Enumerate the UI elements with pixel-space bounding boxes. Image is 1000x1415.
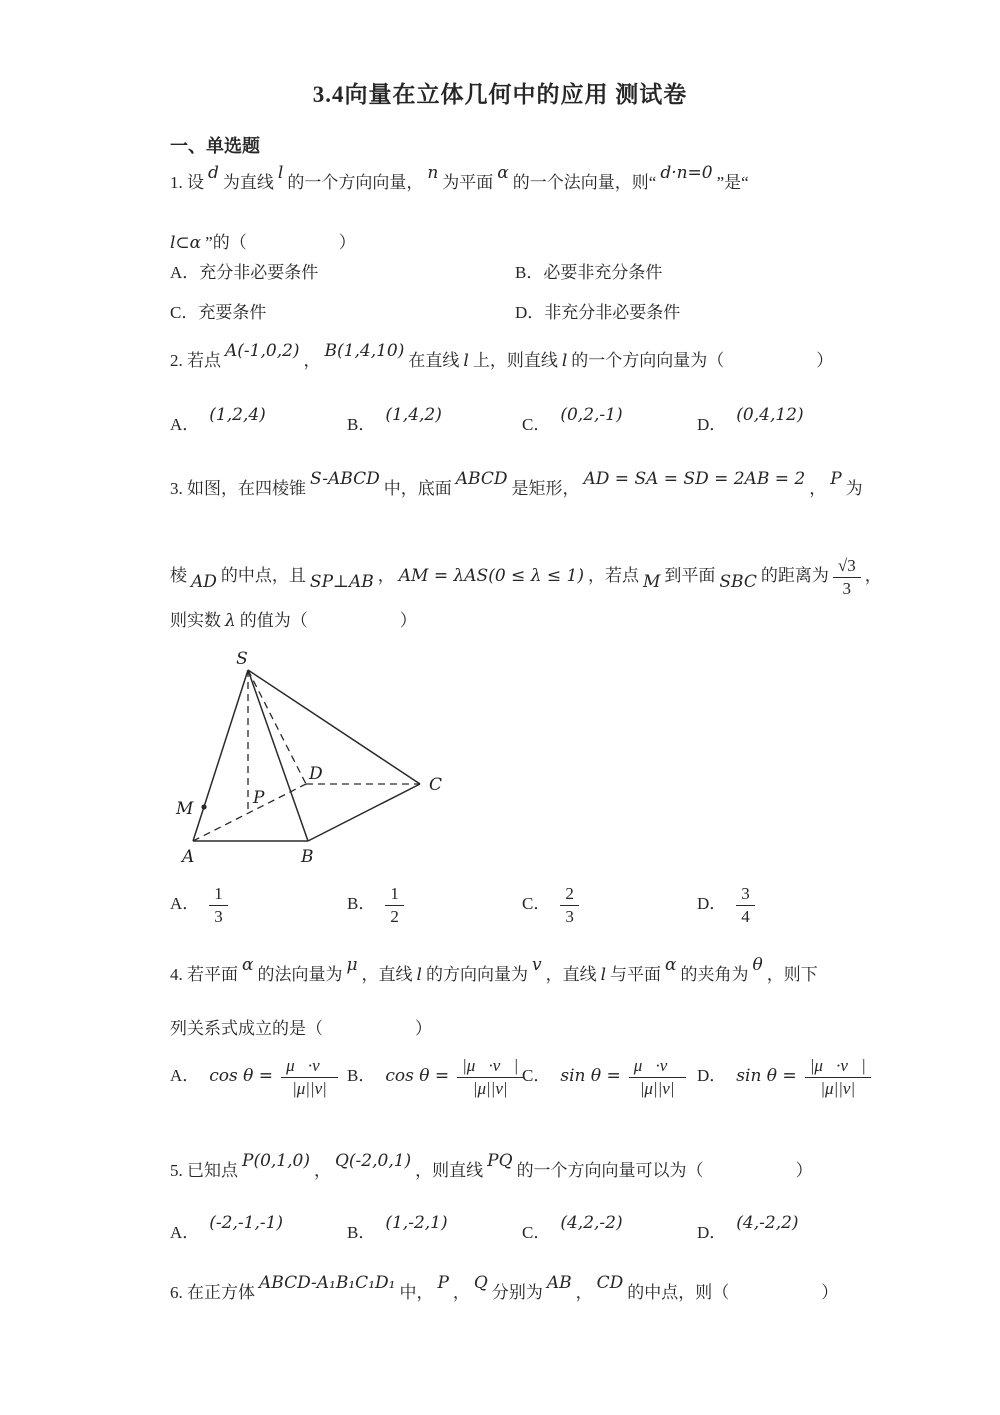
fraction-numerator: μ⃗·v⃗ — [281, 1056, 338, 1078]
text-run: ） — [821, 1283, 838, 1302]
option-label: D． — [697, 894, 726, 913]
inline-math: (4,-2,2) — [736, 1213, 798, 1233]
text-run: 5. 已知点 — [170, 1161, 238, 1180]
fraction-numerator: |μ⃗·v⃗| — [457, 1056, 523, 1078]
inline-math: l — [463, 351, 468, 371]
inline-math: AM = λAS(0 ≤ λ ≤ 1) — [399, 566, 584, 586]
inline-math: AB — [547, 1273, 572, 1293]
inline-math: cos θ = — [209, 1066, 273, 1086]
fraction-denominator: |μ||v| — [281, 1078, 338, 1099]
text-run: 是矩形， — [511, 479, 579, 498]
inline-math: θ — [753, 955, 763, 975]
text-run: ， — [314, 1161, 331, 1180]
q1-option-c: C．充要条件 — [170, 298, 266, 323]
fraction: μ⃗·v⃗|μ||v| — [629, 1056, 686, 1098]
vertex-label-a: A — [180, 847, 194, 867]
q4-option-a: A．cos θ =μ⃗·v⃗|μ||v| — [170, 1056, 342, 1098]
option-label: B． — [347, 415, 375, 434]
point-m-dot — [201, 804, 206, 809]
edge-sd-dashed — [248, 670, 306, 784]
inline-math: M — [643, 572, 660, 592]
option-label: C． — [522, 1066, 550, 1085]
edge-sb — [248, 670, 308, 841]
fraction-denominator: 2 — [385, 906, 404, 927]
vertex-label-d: D — [308, 764, 323, 784]
inline-math: (1,4,2) — [385, 405, 442, 425]
text-run: 的中点，则（ — [627, 1283, 729, 1302]
text-run: ， — [576, 1283, 593, 1302]
inline-math: sin θ = — [736, 1066, 796, 1086]
text-run: 分别为 — [492, 1283, 543, 1302]
text-run: 与平面 — [610, 965, 661, 984]
inline-math: ABCD-A₁B₁C₁D₁ — [259, 1273, 395, 1293]
fraction-numerator: 1 — [385, 884, 404, 906]
inline-math: μ — [346, 955, 357, 975]
pyramid-figure: S A B C D P M — [168, 636, 468, 876]
q1-option-d: D．非充分非必要条件 — [515, 298, 680, 323]
inline-math: SBC — [719, 572, 756, 592]
inline-math: l — [601, 965, 606, 985]
q6-line1: 6. 在正方体ABCD-A₁B₁C₁D₁中，P，Q分别为AB，CD的中点，则（） — [170, 1278, 838, 1303]
vertex-label-b: B — [300, 847, 314, 867]
q5-option-b: B．(1,-2,1) — [347, 1218, 452, 1243]
inline-math: S-ABCD — [310, 469, 380, 489]
option-label: B． — [347, 1066, 375, 1085]
q3-option-b: B．12 — [347, 884, 408, 926]
inline-math: sin θ = — [560, 1066, 620, 1086]
text-run: 列关系式成立的是（ — [170, 1019, 323, 1038]
text-run: ） — [339, 233, 356, 252]
option-label: D． — [697, 415, 726, 434]
text-run: ） — [400, 611, 417, 630]
text-run: 2. 若点 — [170, 351, 221, 370]
inline-math: α — [242, 955, 253, 975]
text-run: 的一个方向向量可以为（ — [517, 1161, 704, 1180]
text-run: 为直线 — [223, 173, 274, 192]
text-run: ， — [453, 1283, 470, 1302]
inline-math: (1,2,4) — [209, 405, 266, 425]
inline-math: Q — [474, 1273, 488, 1293]
vertex-label-s: S — [236, 649, 248, 669]
text-run: ，则直线 — [415, 1161, 483, 1180]
inline-math: PQ — [487, 1151, 512, 1171]
option-label: A． — [170, 415, 199, 434]
q5-option-c: C．(4,2,-2) — [522, 1218, 627, 1243]
q3-line3: 则实数λ的值为（） — [170, 606, 417, 631]
inline-math: l — [562, 351, 567, 371]
fraction-numerator: √3 — [833, 556, 861, 578]
inline-math: SP⊥AB — [310, 572, 374, 592]
fraction-denominator: |μ||v| — [457, 1078, 523, 1099]
q2-option-d: D．(0,4,12) — [697, 410, 808, 435]
text-run: 3. 如图，在四棱锥 — [170, 479, 306, 498]
option-label: A． — [170, 1066, 199, 1085]
inline-math: AD = SA = SD = 2AB = 2 — [583, 469, 805, 489]
inline-math: (4,2,-2) — [560, 1213, 622, 1233]
text-run: ， — [304, 351, 321, 370]
inline-math: (0,2,-1) — [560, 405, 622, 425]
q5-option-d: D．(4,-2,2) — [697, 1218, 803, 1243]
q3-option-a: A．13 — [170, 884, 232, 926]
q5-line1: 5. 已知点P(0,1,0)，Q(-2,0,1)，则直线PQ的一个方向向量可以为… — [170, 1156, 813, 1181]
option-label: A． — [170, 894, 199, 913]
text-run: ， — [865, 566, 882, 585]
text-run: 的法向量为 — [257, 965, 342, 984]
q2-option-c: C．(0,2,-1) — [522, 410, 627, 435]
inline-math: cos θ = — [385, 1066, 449, 1086]
fraction-denominator: 3 — [833, 578, 861, 599]
inline-math: P — [830, 469, 841, 489]
fraction-numerator: 2 — [560, 884, 579, 906]
q4-line1: 4. 若平面α的法向量为μ，直线l的方向向量为v，直线l与平面α的夹角为θ，则下 — [170, 960, 818, 985]
option-label: D． — [697, 1223, 726, 1242]
fraction-denominator: 3 — [560, 906, 579, 927]
point-label-m: M — [175, 799, 194, 819]
text-run: 上，则直线 — [473, 351, 558, 370]
q3-option-d: D．34 — [697, 884, 759, 926]
edge-sc — [248, 670, 420, 784]
fraction: 23 — [560, 884, 579, 926]
text-run: 的中点，且 — [221, 566, 306, 585]
edge-sa — [193, 670, 248, 841]
inline-math: α — [665, 955, 676, 975]
inline-math: n — [427, 163, 438, 183]
inline-math: A(-1,0,2) — [225, 341, 300, 361]
q3-line2: 棱AD的中点，且SP⊥AB，AM = λAS(0 ≤ λ ≤ 1)，若点M到平面… — [170, 556, 882, 598]
fraction-numerator: 1 — [209, 884, 228, 906]
q2-option-a: A．(1,2,4) — [170, 410, 270, 435]
paper-title: 3.4向量在立体几何中的应用 测试卷 — [0, 76, 1000, 109]
fraction-denominator: |μ||v| — [805, 1078, 871, 1099]
inline-math: λ — [225, 611, 236, 631]
q2-option-b: B．(1,4,2) — [347, 410, 446, 435]
inline-math: B(1,4,10) — [325, 341, 405, 361]
option-label: C． — [522, 1223, 550, 1242]
inline-math: Q(-2,0,1) — [335, 1151, 411, 1171]
inline-math: d·n=0 — [660, 163, 712, 183]
inline-math: l⊂α — [170, 233, 201, 253]
inline-math: ABCD — [456, 469, 508, 489]
text-run: ，则下 — [767, 965, 818, 984]
q1-option-b: B．必要非充分条件 — [515, 258, 662, 283]
edge-ad-dashed — [193, 784, 306, 841]
q5-option-a: A．(-2,-1,-1) — [170, 1218, 287, 1243]
edge-bc — [308, 784, 420, 841]
q1-line2: l⊂α”的（） — [170, 228, 356, 253]
text-run: 棱 — [170, 566, 187, 585]
fraction: √33 — [833, 556, 861, 598]
inline-math: AD — [191, 572, 217, 592]
text-run: 1. 设 — [170, 173, 204, 192]
option-label: B． — [347, 894, 375, 913]
test-paper-page: 3.4向量在立体几何中的应用 测试卷 一、单选题 1. 设d为直线l的一个方向向… — [0, 0, 1000, 1415]
fraction: 12 — [385, 884, 404, 926]
inline-math: (-2,-1,-1) — [209, 1213, 283, 1233]
fraction-denominator: 3 — [209, 906, 228, 927]
option-label: B． — [347, 1223, 375, 1242]
text-run: 到平面 — [664, 566, 715, 585]
text-run: 的夹角为 — [681, 965, 749, 984]
fraction: μ⃗·v⃗|μ||v| — [281, 1056, 338, 1098]
q1-option-a: A．充分非必要条件 — [170, 258, 318, 283]
fraction-numerator: μ⃗·v⃗ — [629, 1056, 686, 1078]
inline-math: v — [532, 955, 542, 975]
text-run: 为 — [846, 479, 863, 498]
section-heading: 一、单选题 — [170, 132, 260, 158]
text-run: ，直线 — [546, 965, 597, 984]
inline-math: (1,-2,1) — [385, 1213, 447, 1233]
text-run: 为平面 — [442, 173, 493, 192]
text-run: ”的（ — [205, 233, 247, 252]
text-run: ， — [809, 479, 826, 498]
text-run: 中， — [399, 1283, 433, 1302]
fraction-denominator: 4 — [736, 906, 755, 927]
q3-line1: 3. 如图，在四棱锥S-ABCD中，底面ABCD是矩形，AD = SA = SD… — [170, 474, 863, 499]
inline-math: (0,4,12) — [736, 405, 803, 425]
text-run: 的一个方向向量， — [287, 173, 423, 192]
q4-option-b: B．cos θ =|μ⃗·v⃗||μ||v| — [347, 1056, 527, 1098]
text-run: 的值为（ — [240, 611, 308, 630]
fraction: 34 — [736, 884, 755, 926]
inline-math: l — [278, 163, 283, 183]
point-label-p: P — [252, 788, 265, 808]
fraction: 13 — [209, 884, 228, 926]
text-run: ，若点 — [588, 566, 639, 585]
text-run: 的方向向量为 — [426, 965, 528, 984]
text-run: 的距离为 — [761, 566, 829, 585]
fraction-denominator: |μ||v| — [629, 1078, 686, 1099]
fraction: |μ⃗·v⃗||μ||v| — [457, 1056, 523, 1098]
option-label: D． — [697, 1066, 726, 1085]
option-label: C． — [522, 894, 550, 913]
text-run: 4. 若平面 — [170, 965, 238, 984]
q4-option-d: D．sin θ =|μ⃗·v⃗||μ||v| — [697, 1056, 875, 1098]
fraction-numerator: |μ⃗·v⃗| — [805, 1056, 871, 1078]
inline-math: CD — [597, 1273, 624, 1293]
fraction: |μ⃗·v⃗||μ||v| — [805, 1056, 871, 1098]
text-run: ，直线 — [362, 965, 413, 984]
text-run: 在直线 — [408, 351, 459, 370]
option-label: C． — [522, 415, 550, 434]
text-run: ） — [816, 351, 833, 370]
text-run: ”是“ — [717, 173, 749, 192]
q3-option-c: C．23 — [522, 884, 583, 926]
vertex-label-c: C — [429, 775, 442, 795]
inline-math: P(0,1,0) — [242, 1151, 310, 1171]
text-run: ） — [796, 1161, 813, 1180]
q4-option-c: C．sin θ =μ⃗·v⃗|μ||v| — [522, 1056, 690, 1098]
q1-line1: 1. 设d为直线l的一个方向向量，n为平面α的一个法向量，则“d·n=0”是“ — [170, 168, 749, 193]
text-run: ） — [415, 1019, 432, 1038]
text-run: 的一个法向量，则“ — [513, 173, 657, 192]
option-label: A． — [170, 1223, 199, 1242]
inline-math: l — [417, 965, 422, 985]
text-run: ， — [378, 566, 395, 585]
inline-math: P — [437, 1273, 448, 1293]
text-run: 中，底面 — [384, 479, 452, 498]
text-run: 6. 在正方体 — [170, 1283, 255, 1302]
q2-line1: 2. 若点A(-1,0,2)，B(1,4,10)在直线l上，则直线l的一个方向向… — [170, 346, 833, 371]
text-run: 的一个方向向量为（ — [571, 351, 724, 370]
q4-line2: 列关系式成立的是（） — [170, 1014, 432, 1039]
inline-math: d — [208, 163, 219, 183]
text-run: 则实数 — [170, 611, 221, 630]
fraction-numerator: 3 — [736, 884, 755, 906]
inline-math: α — [497, 163, 508, 183]
